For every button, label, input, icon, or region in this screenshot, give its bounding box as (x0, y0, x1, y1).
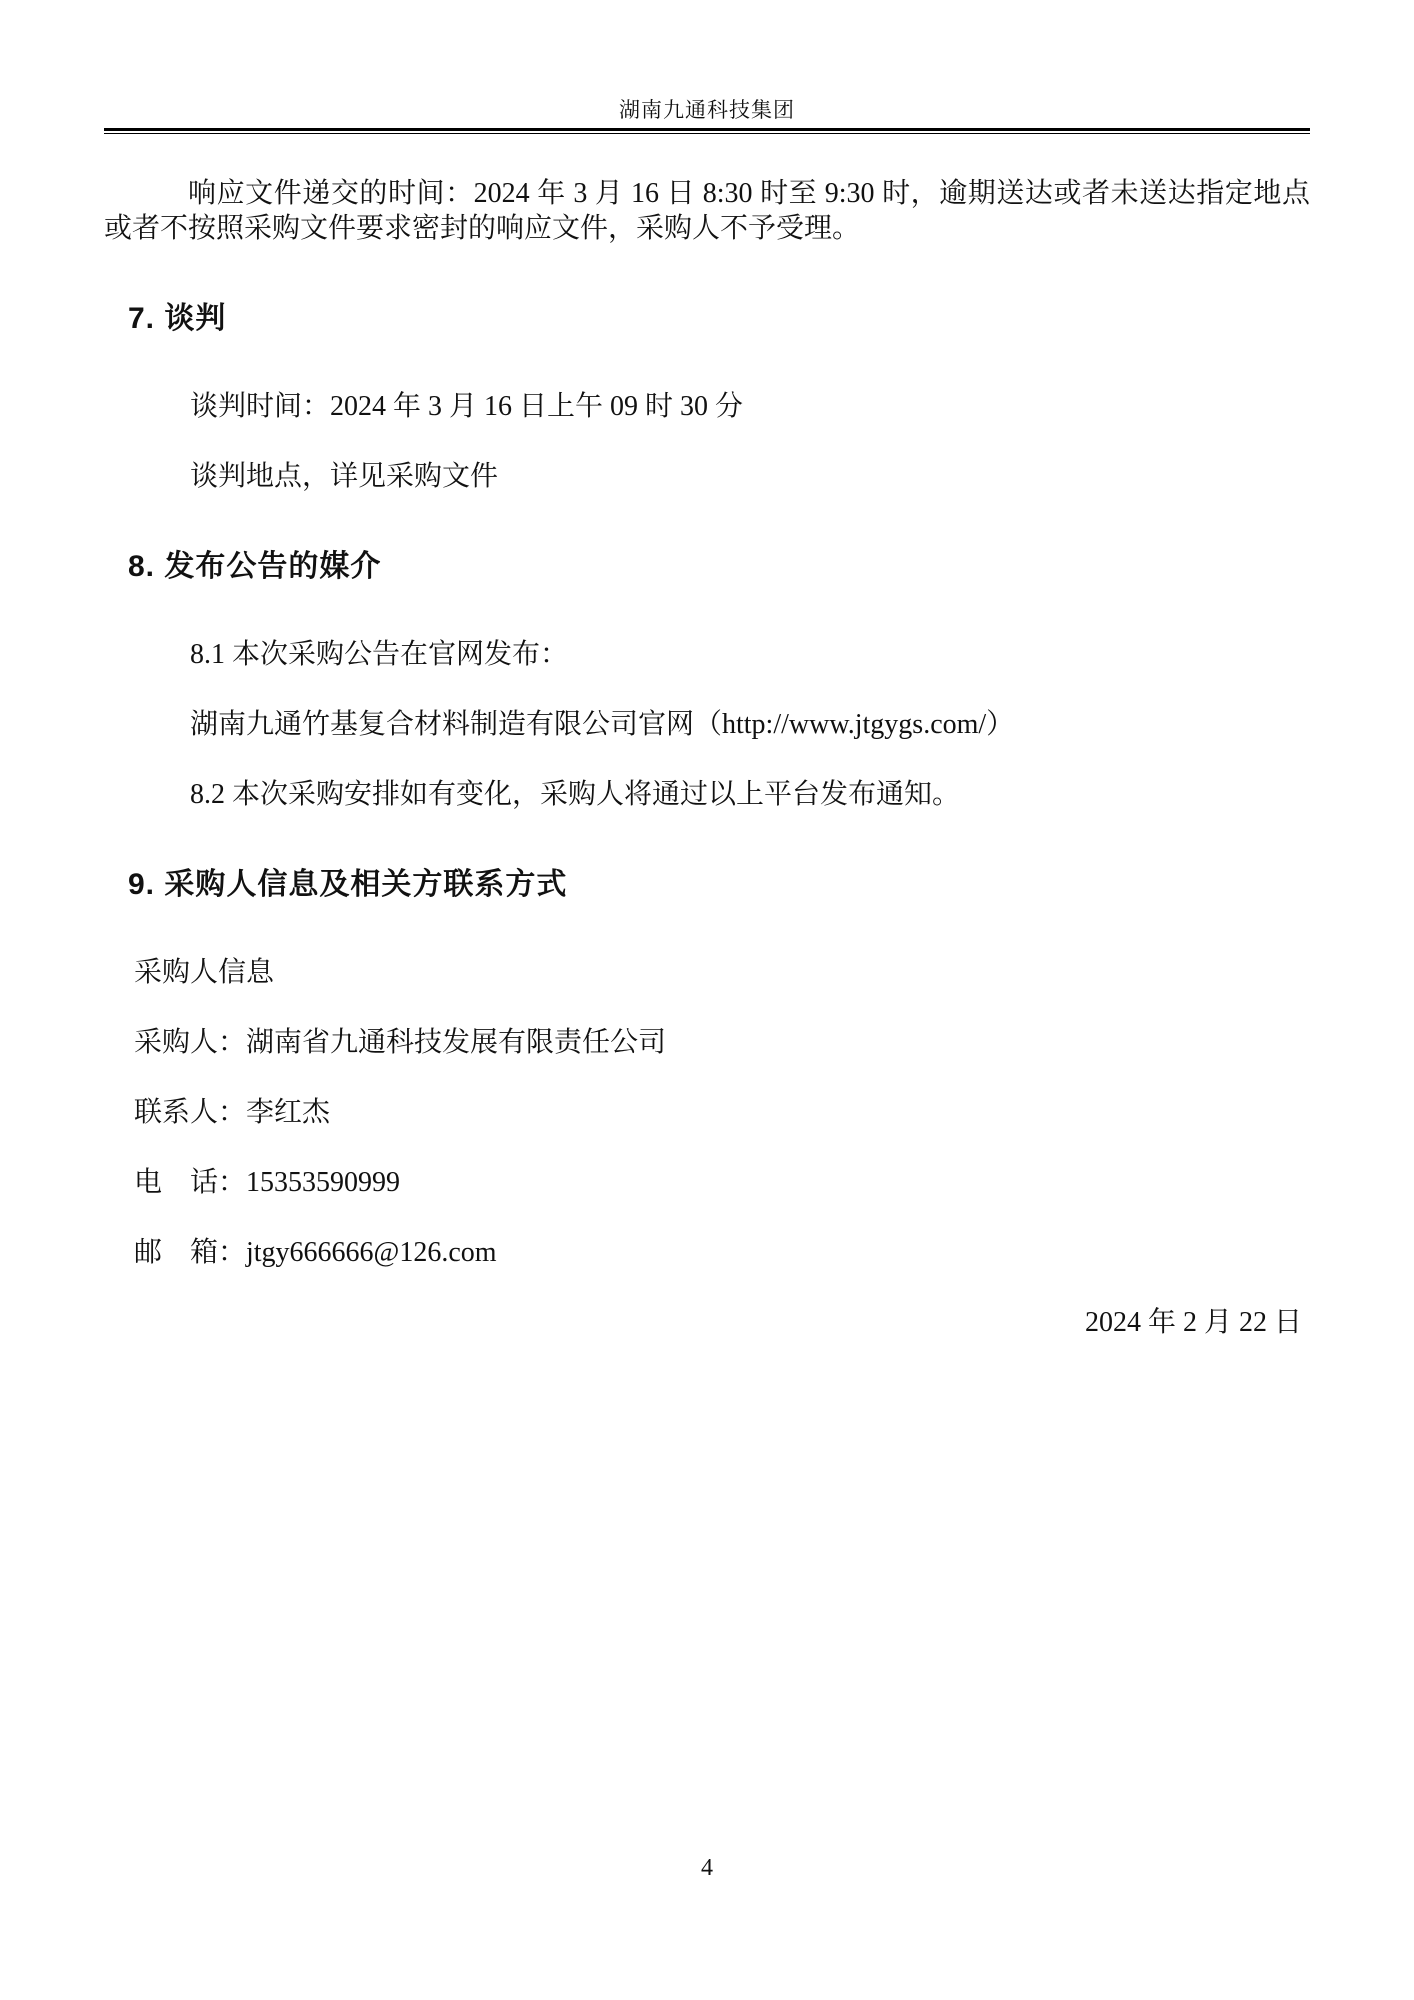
intro-paragraph: 响应文件递交的时间：2024 年 3 月 16 日 8:30 时至 9:30 时… (104, 176, 1310, 246)
document-page: 湖南九通科技集团 响应文件递交的时间：2024 年 3 月 16 日 8:30 … (0, 0, 1414, 2000)
change-notice-line: 8.2 本次采购安排如有变化，采购人将通过以上平台发布通知。 (190, 777, 1310, 812)
email-line: 邮 箱：jtgy666666@126.com (134, 1235, 1310, 1270)
official-website-line: 湖南九通竹基复合材料制造有限公司官网（http://www.jtgygs.com… (190, 707, 1310, 742)
document-header: 湖南九通科技集团 (104, 0, 1310, 134)
page-number: 4 (0, 1854, 1414, 1882)
negotiation-time-line: 谈判时间：2024 年 3 月 16 日上午 09 时 30 分 (190, 389, 1310, 424)
contact-person-line: 联系人：李红杰 (134, 1095, 1310, 1130)
negotiation-place-line: 谈判地点，详见采购文件 (190, 459, 1310, 494)
phone-line: 电 话：15353590999 (134, 1165, 1310, 1200)
announcement-channel-line: 8.1 本次采购公告在官网发布： (190, 637, 1310, 672)
section-8-heading: 8. 发布公告的媒介 (128, 549, 1310, 585)
header-divider (104, 128, 1310, 134)
purchaser-info-label: 采购人信息 (134, 955, 1310, 990)
section-9-heading: 9. 采购人信息及相关方联系方式 (128, 867, 1310, 903)
purchaser-name-line: 采购人：湖南省九通科技发展有限责任公司 (134, 1025, 1310, 1060)
section-7-heading: 7. 谈判 (128, 301, 1310, 337)
header-company-name: 湖南九通科技集团 (104, 0, 1310, 124)
document-date: 2024 年 2 月 22 日 (104, 1305, 1302, 1340)
